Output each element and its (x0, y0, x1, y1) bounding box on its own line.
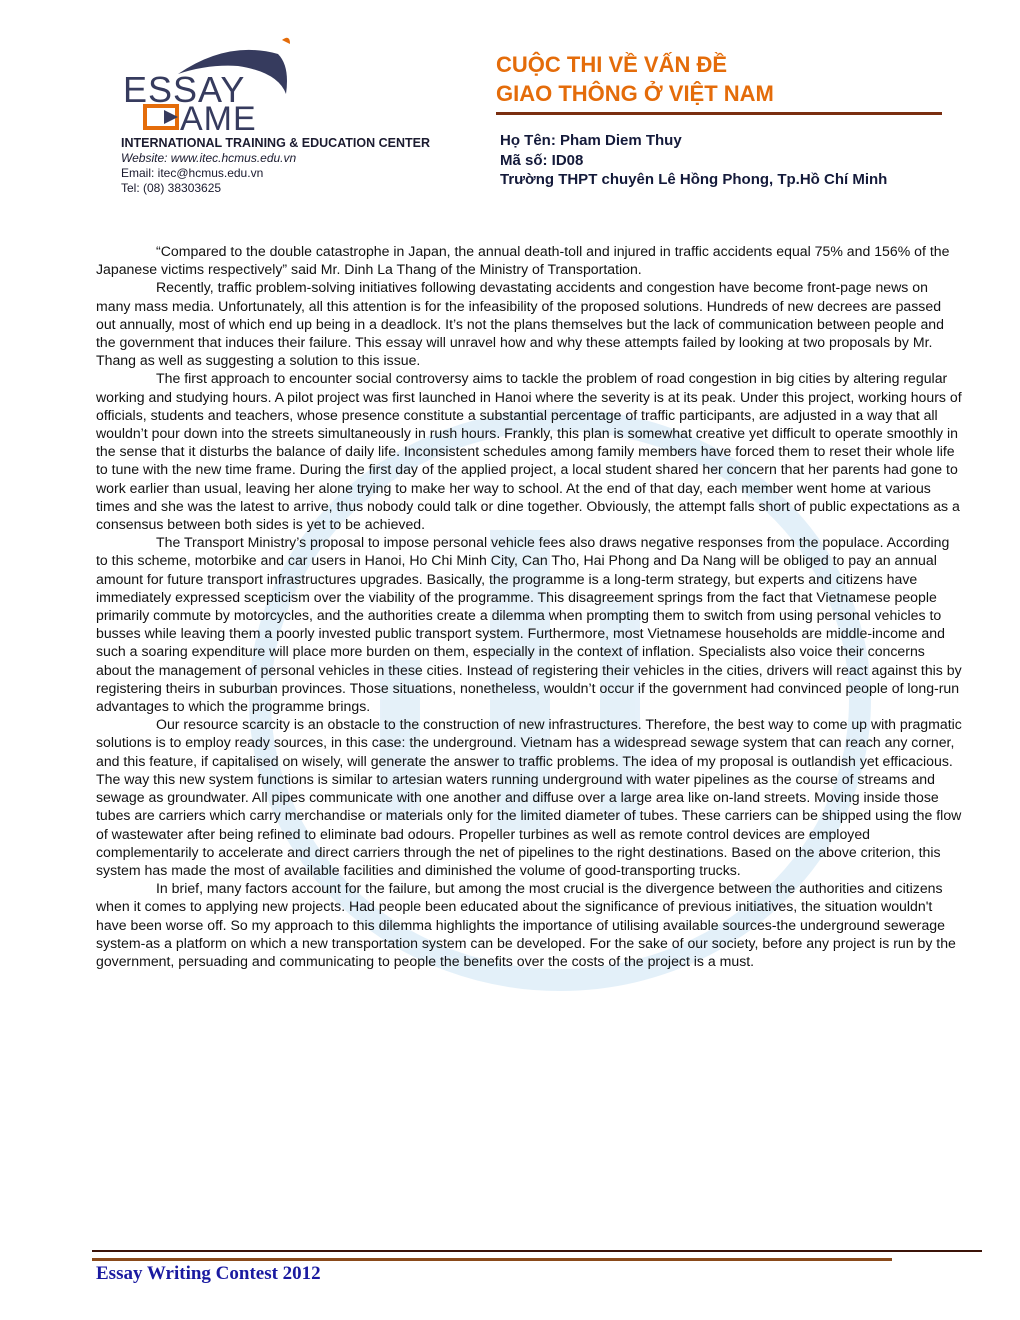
essay-paragraph: In brief, many factors account for the f… (96, 879, 962, 970)
footer-divider-top (92, 1250, 982, 1252)
essay-paragraph: The first approach to encounter social c… (96, 369, 962, 533)
org-website[interactable]: Website: www.itec.hcmus.edu.vn (121, 151, 430, 166)
org-name: INTERNATIONAL TRAINING & EDUCATION CENTE… (121, 136, 430, 151)
author-school: Trường THPT chuyên Lê Hồng Phong, Tp.Hồ … (500, 170, 887, 190)
author-id: Mã số: ID08 (500, 151, 887, 171)
org-info: INTERNATIONAL TRAINING & EDUCATION CENTE… (121, 136, 430, 196)
logo-text-game: AME (180, 102, 257, 136)
essay-paragraph: Recently, traffic problem-solving initia… (96, 278, 962, 369)
title-divider (496, 112, 942, 115)
contest-title-line2: GIAO THÔNG Ở VIỆT NAM (496, 79, 774, 108)
author-name: Họ Tên: Pham Diem Thuy (500, 131, 887, 151)
essay-body: “Compared to the double catastrophe in J… (96, 242, 962, 970)
org-tel: Tel: (08) 38303625 (121, 181, 430, 196)
author-info: Họ Tên: Pham Diem Thuy Mã số: ID08 Trườn… (500, 131, 887, 190)
contest-title: CUỘC THI VỀ VẤN ĐỀ GIAO THÔNG Ở VIỆT NAM (496, 50, 774, 108)
contest-title-line1: CUỘC THI VỀ VẤN ĐỀ (496, 50, 774, 79)
essay-paragraph: The Transport Ministry’s proposal to imp… (96, 533, 962, 715)
footer-divider-bottom (92, 1258, 892, 1261)
essay-paragraph: Our resource scarcity is an obstacle to … (96, 715, 962, 879)
essay-paragraph: “Compared to the double catastrophe in J… (96, 242, 962, 278)
footer-contest-label: Essay Writing Contest 2012 (96, 1263, 321, 1285)
essay-game-logo: ESSAY AME (118, 32, 298, 132)
org-email[interactable]: Email: itec@hcmus.edu.vn (121, 166, 430, 181)
